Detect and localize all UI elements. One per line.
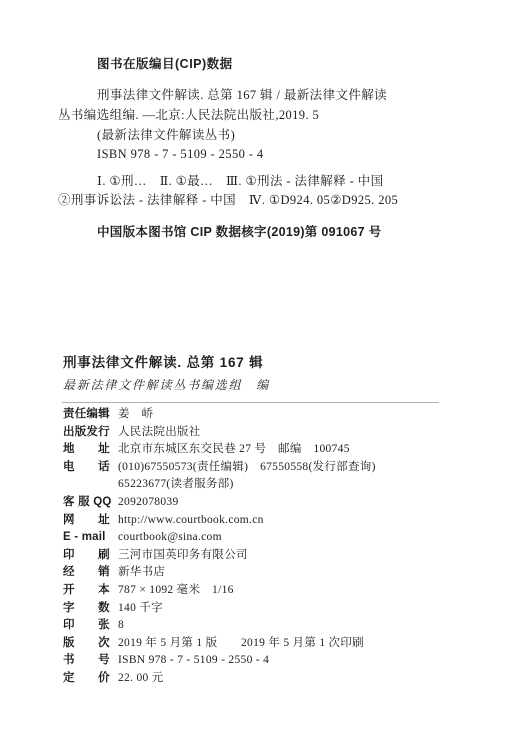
colophon-label: 定 价 [63, 670, 111, 688]
divider-rule [62, 402, 439, 403]
colophon-value: http://www.courtbook.com.cn [118, 512, 264, 530]
cip-isbn-line: ISBN 978 - 7 - 5109 - 2550 - 4 [58, 145, 468, 165]
cip-series-line: (最新法律文件解读丛书) [58, 126, 468, 146]
colophon-value: 新华书店 [118, 564, 165, 582]
colophon-value: 北京市东城区东交民巷 27 号 邮编 100745 [118, 441, 350, 459]
colophon-row: 责任编辑 姜 峤 [63, 406, 483, 424]
cip-classification-line: ②刑事诉讼法 - 法律解释 - 中国 Ⅳ. ①D924. 05②D925. 20… [58, 191, 468, 210]
colophon-row: 电 话 (010)67550573(责任编辑) 67550558(发行部查询) [63, 459, 483, 477]
colophon-row: 开 本 787 × 1092 毫米 1/16 [63, 582, 483, 600]
colophon-row: 出版发行 人民法院出版社 [63, 424, 483, 442]
colophon-value: (010)67550573(责任编辑) 67550558(发行部查询) [118, 459, 376, 477]
colophon-value: 140 千字 [118, 600, 163, 618]
colophon-value: 姜 峤 [118, 406, 153, 424]
colophon-label [63, 476, 111, 494]
colophon-label: 开 本 [63, 582, 111, 600]
colophon-label: 书 号 [63, 652, 111, 670]
colophon-value: 22. 00 元 [118, 670, 164, 688]
colophon-row: 印 张 8 [63, 617, 483, 635]
colophon-row: 网 址 http://www.courtbook.com.cn [63, 512, 483, 530]
colophon-value: 三河市国英印务有限公司 [118, 547, 248, 565]
colophon-label: 印 张 [63, 617, 111, 635]
colophon-label: E - mail [63, 529, 111, 547]
cip-classification: Ⅰ. ①刑… Ⅱ. ①最… Ⅲ. ①刑法 - 法律解释 - 中国 ②刑事诉讼法 … [58, 172, 468, 210]
colophon-label: 电 话 [63, 459, 111, 477]
colophon-label: 版 次 [63, 635, 111, 653]
colophon-label: 地 址 [63, 441, 111, 459]
colophon-label: 客 服 QQ [63, 494, 111, 512]
colophon-value: 2092078039 [118, 494, 179, 512]
colophon-row: 定 价 22. 00 元 [63, 670, 483, 688]
cip-description-line: 刑事法律文件解读. 总第 167 辑 / 最新法律文件解读 [58, 86, 468, 106]
colophon-value: 8 [118, 617, 124, 635]
colophon-label: 字 数 [63, 600, 111, 618]
colophon-row: 书 号 ISBN 978 - 7 - 5109 - 2550 - 4 [63, 652, 483, 670]
colophon-row: 地 址 北京市东城区东交民巷 27 号 邮编 100745 [63, 441, 483, 459]
cip-header: 图书在版编目(CIP)数据 [97, 54, 233, 72]
colophon-row: 经 销 新华书店 [63, 564, 483, 582]
colophon-label: 印 刷 [63, 547, 111, 565]
book-editor: 最新法律文件解读丛书编选组 编 [63, 376, 270, 393]
colophon-value: 65223677(读者服务部) [118, 476, 234, 494]
colophon-value: courtbook@sina.com [118, 529, 222, 547]
colophon-value: 人民法院出版社 [118, 424, 201, 442]
colophon-row: 客 服 QQ 2092078039 [63, 494, 483, 512]
colophon-label: 网 址 [63, 512, 111, 530]
colophon-value: 787 × 1092 毫米 1/16 [118, 582, 234, 600]
colophon-value: 2019 年 5 月第 1 版 2019 年 5 月第 1 次印刷 [118, 635, 364, 653]
colophon-label: 出版发行 [63, 424, 111, 442]
colophon-label: 责任编辑 [63, 406, 111, 424]
colophon-label: 经 销 [63, 564, 111, 582]
colophon-list: 责任编辑 姜 峤 出版发行 人民法院出版社 地 址 北京市东城区东交民巷 27 … [63, 406, 483, 688]
book-title: 刑事法律文件解读. 总第 167 辑 [63, 351, 263, 371]
colophon-row: 印 刷 三河市国英印务有限公司 [63, 547, 483, 565]
cip-description: 刑事法律文件解读. 总第 167 辑 / 最新法律文件解读 丛书编选组编. —北… [58, 86, 468, 165]
cip-description-line: 丛书编选组编. —北京:人民法院出版社,2019. 5 [58, 106, 468, 126]
copyright-page: 图书在版编目(CIP)数据 刑事法律文件解读. 总第 167 辑 / 最新法律文… [0, 0, 522, 738]
colophon-value: ISBN 978 - 7 - 5109 - 2550 - 4 [118, 652, 269, 670]
colophon-row: 版 次 2019 年 5 月第 1 版 2019 年 5 月第 1 次印刷 [63, 635, 483, 653]
colophon-row: 65223677(读者服务部) [63, 476, 483, 494]
cip-classification-line: Ⅰ. ①刑… Ⅱ. ①最… Ⅲ. ①刑法 - 法律解释 - 中国 [58, 172, 468, 191]
colophon-row: E - mail courtbook@sina.com [63, 529, 483, 547]
colophon-row: 字 数 140 千字 [63, 600, 483, 618]
cip-record-number: 中国版本图书馆 CIP 数据核字(2019)第 091067 号 [97, 222, 381, 240]
